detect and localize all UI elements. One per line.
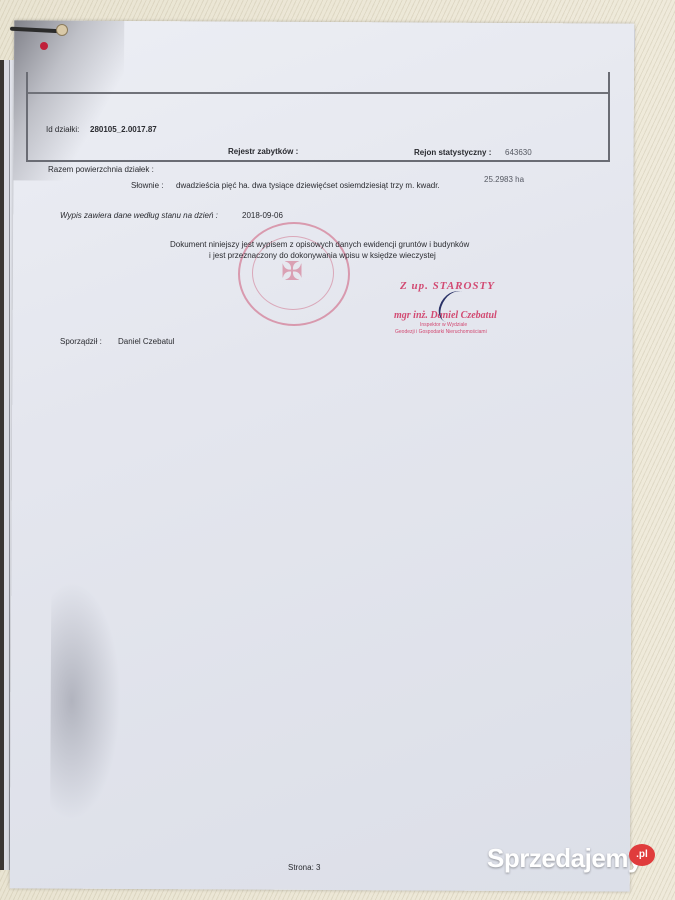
notice-line-1: Dokument niniejszy jest wypisem z opisow… — [170, 240, 469, 249]
as-of-date: 2018-09-06 — [242, 211, 283, 220]
notice-line-2: i jest przeznaczony do dokonywania wpisu… — [209, 251, 436, 260]
as-of-label: Wypis zawiera dane według stanu na dzień… — [60, 211, 218, 220]
parcel-id-value: 280105_2.0017.87 — [90, 125, 157, 134]
stamp-authority: Z up. STAROSTY — [400, 280, 495, 292]
pin-head-icon — [56, 24, 68, 36]
stamp-role-line-2: Geodezji i Gospodarki Nieruchomościami — [395, 329, 487, 335]
statistical-region-value: 643630 — [505, 148, 532, 157]
page-number: Strona: 3 — [288, 863, 320, 872]
prepared-by-label: Sporządził : — [60, 337, 102, 346]
area-in-words-value: dwadzieścia pięć ha. dwa tysiące dziewię… — [176, 181, 440, 190]
area-in-words-label: Słownie : — [131, 181, 163, 190]
total-area-value: 25.2983 ha — [484, 175, 524, 184]
statistical-region-label: Rejon statystyczny : — [414, 148, 491, 157]
parcel-id-label: Id działki: — [46, 125, 79, 134]
page-curl-shadow — [50, 581, 121, 821]
prepared-by-name: Daniel Czebatul — [118, 337, 174, 346]
total-area-label: Razem powierzchnia działek : — [48, 165, 154, 174]
red-pin-dot-icon — [40, 42, 48, 50]
monument-register-label: Rejestr zabytków : — [228, 147, 298, 156]
eagle-emblem-icon: ✠ — [278, 256, 306, 286]
watermark-brand: Sprzedajemy — [487, 843, 642, 874]
watermark-tld-badge: .pl — [629, 844, 655, 866]
